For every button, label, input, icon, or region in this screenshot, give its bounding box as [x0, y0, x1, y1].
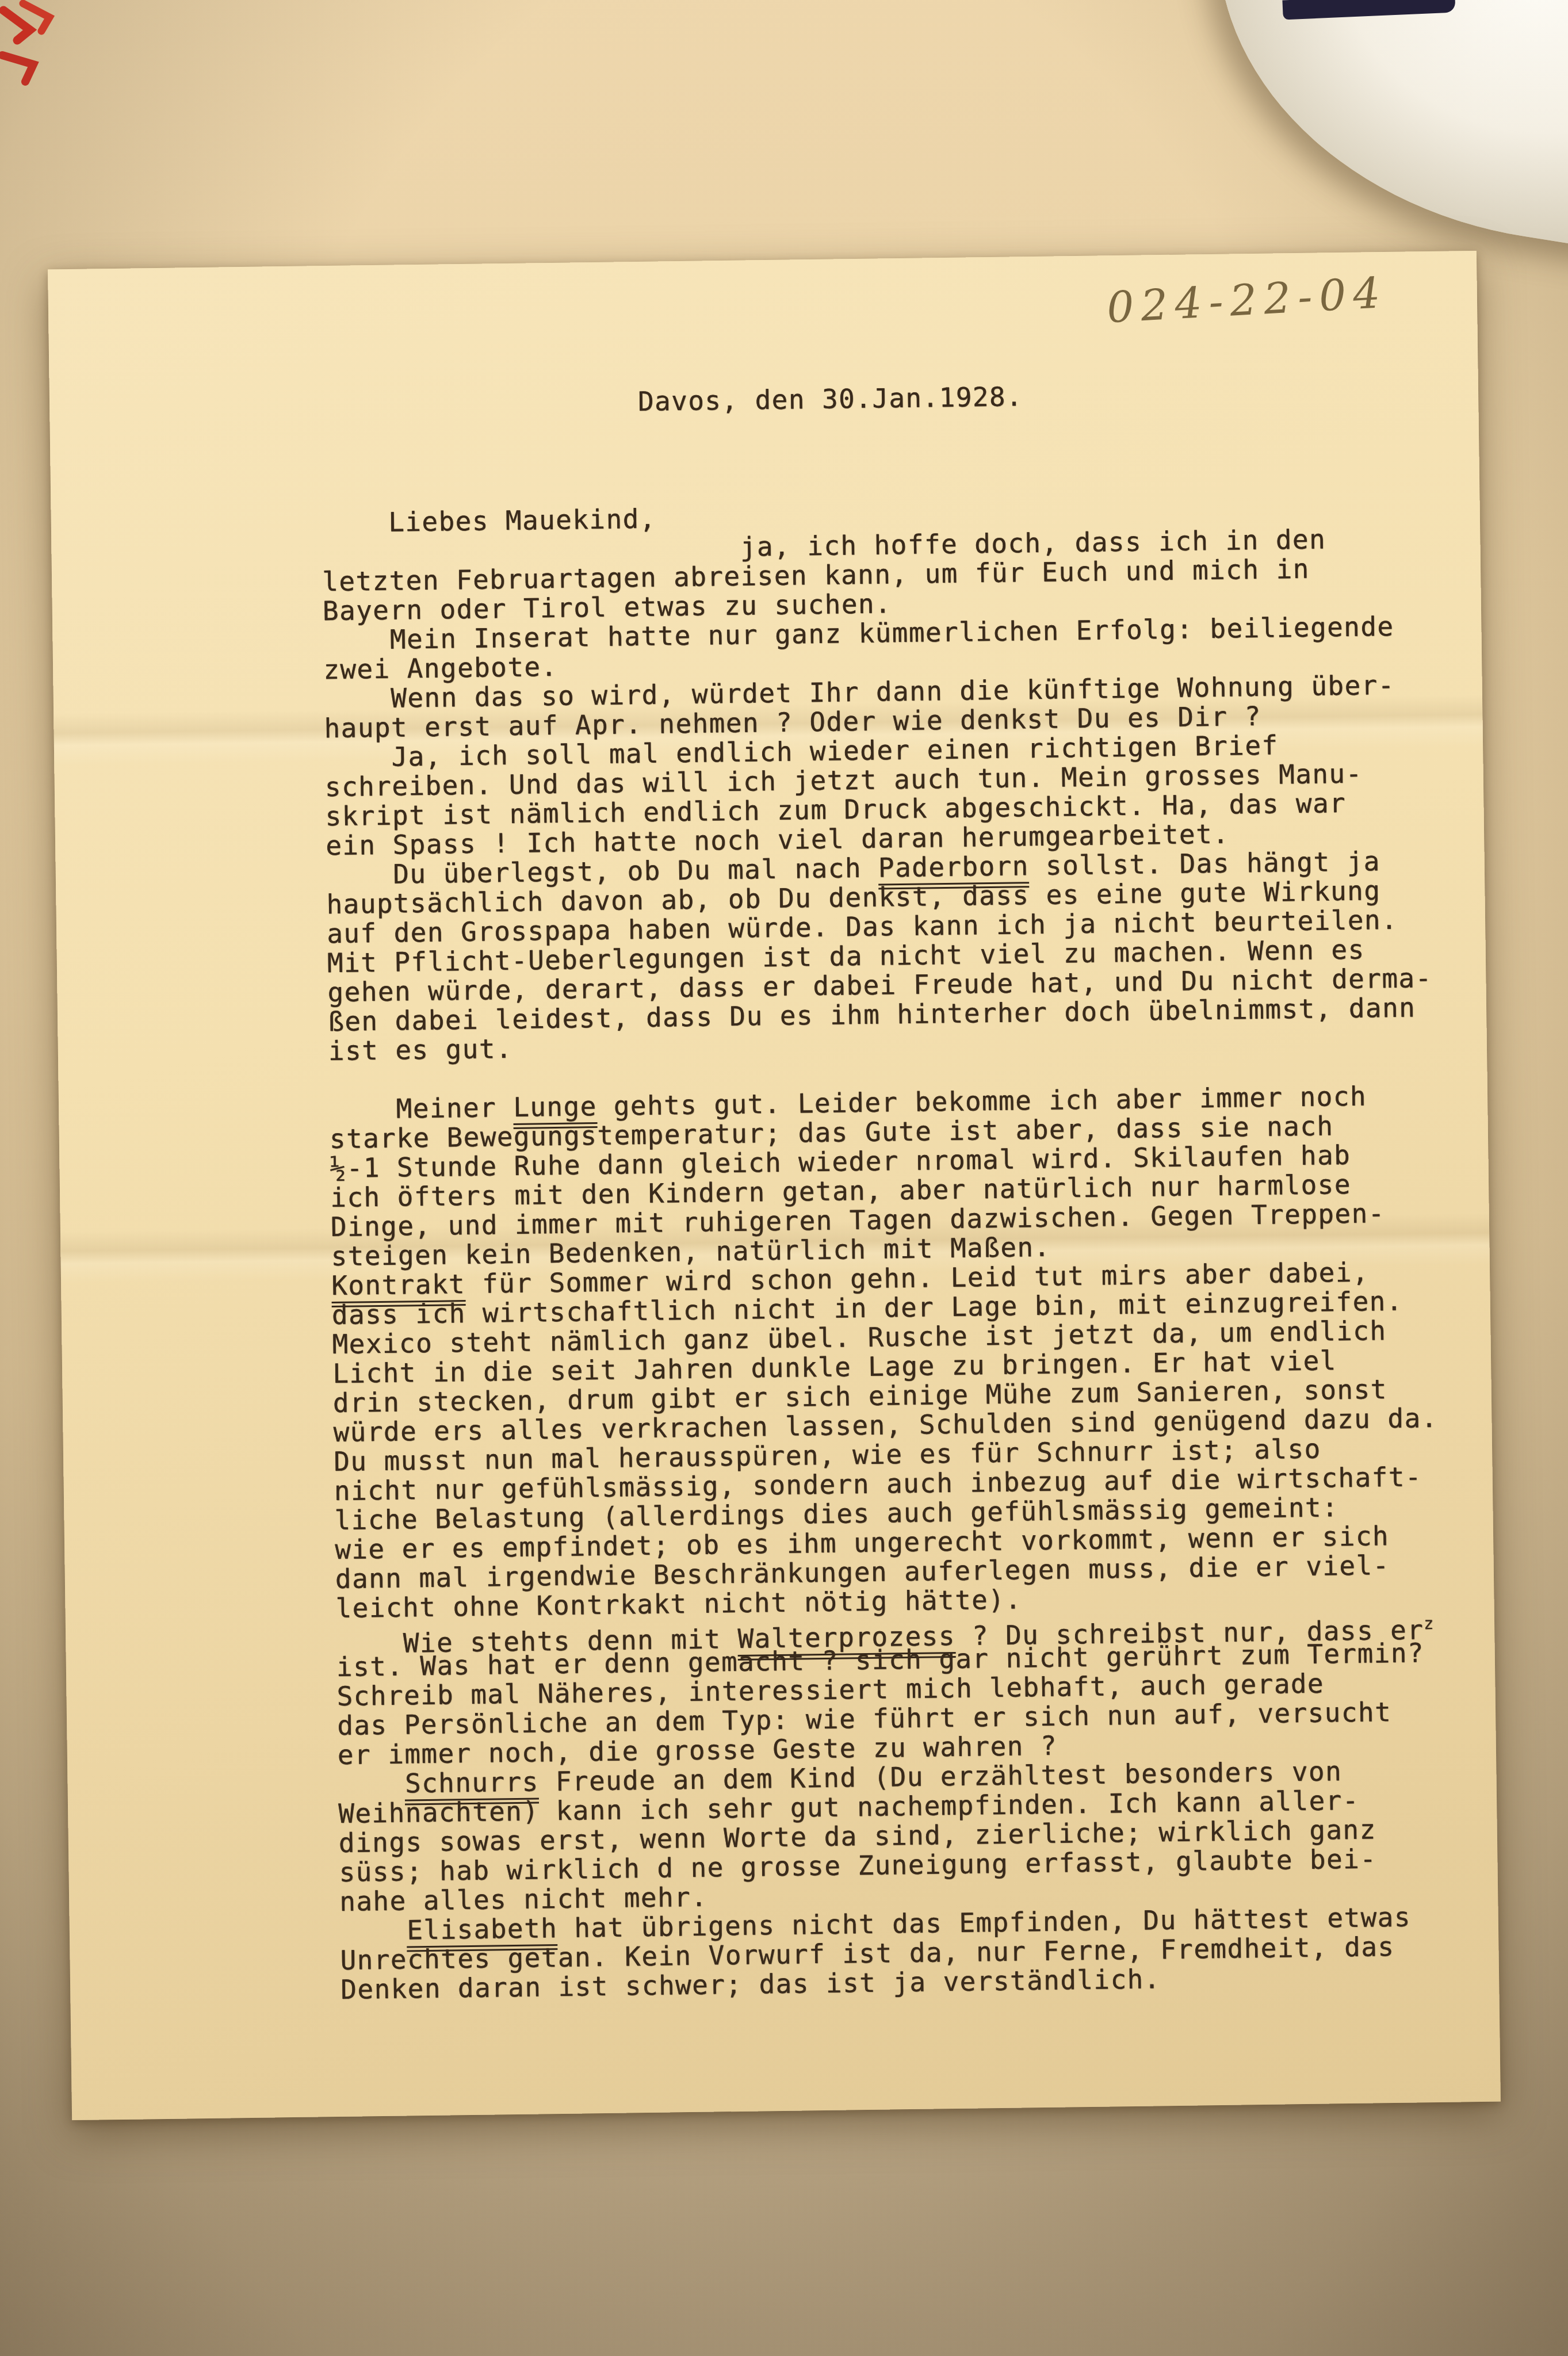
letter-body: Davos, den 30.Jan.1928. Liebes Mauekind,… [320, 377, 1445, 2005]
red-corner-marks [0, 0, 121, 109]
letter-paper: 024-22-04 Davos, den 30.Jan.1928. Liebes… [48, 251, 1501, 2120]
photo-of-letter: { "annotation": { "code": "024-22-04" },… [0, 0, 1568, 2356]
background-object-white-cloth [1179, 0, 1568, 252]
handwritten-archive-code: 024-22-04 [1106, 268, 1389, 333]
